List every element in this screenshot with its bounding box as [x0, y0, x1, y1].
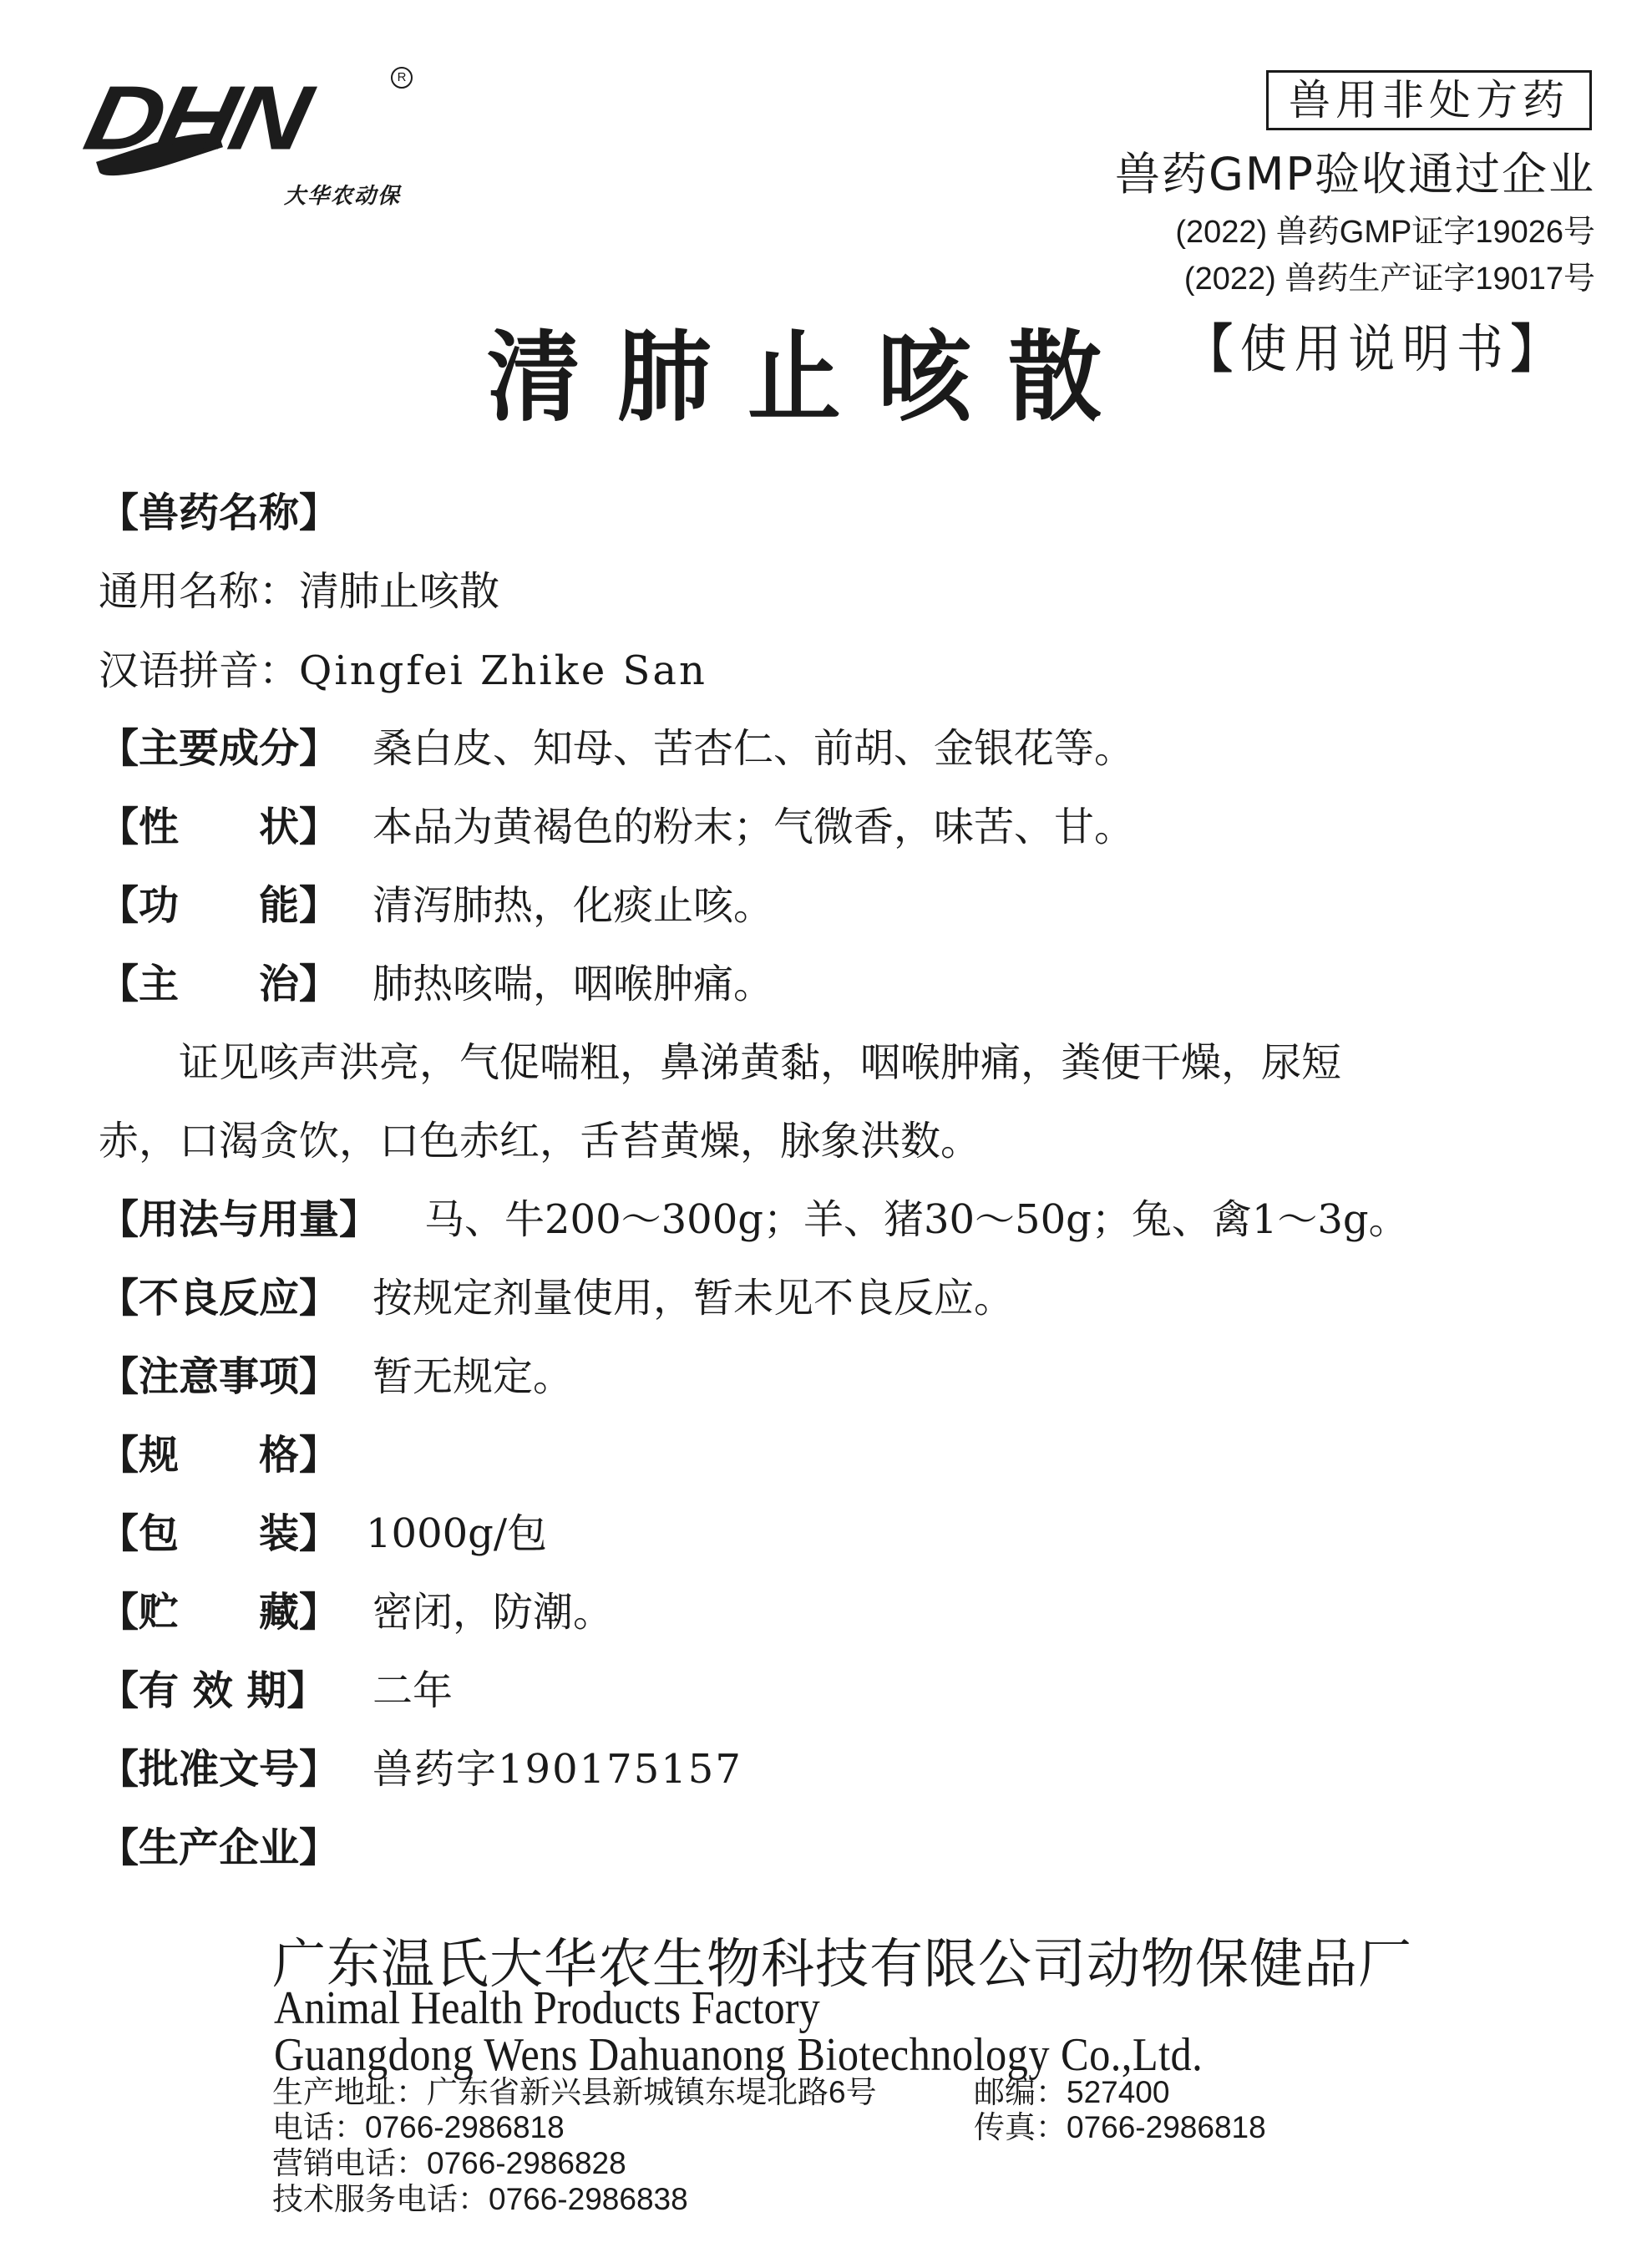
section-ingredients: 【主要成分】桑白皮、知母、苦杏仁、前胡、金银花等。 — [99, 723, 1134, 774]
field-label: 通用名称： — [99, 568, 299, 615]
section-label: 【包 装】 — [99, 1509, 366, 1559]
section-manufacturer: 【生产企业】 — [99, 1823, 339, 1873]
document-type-label: 使用说明书 — [1240, 318, 1511, 379]
bracket-open: 【 — [1186, 318, 1240, 379]
section-packaging: 【包 装】1000g/包 — [99, 1509, 547, 1559]
field-value: 清肺止咳散 — [299, 568, 499, 615]
section-approval-number: 【批准文号】兽药字190175157 — [99, 1744, 742, 1794]
production-certificate: (2022) 兽药生产证字19017号 — [1184, 252, 1595, 298]
section-label: 【不良反应】 — [99, 1273, 372, 1323]
brand-logo: DHN R 大华农动保 — [99, 65, 416, 199]
gmp-statement: 兽药GMP验收通过企业 — [1115, 139, 1595, 203]
section-value: 暂无规定。 — [372, 1353, 573, 1400]
section-label: 【功 能】 — [99, 880, 372, 931]
product-title: 清肺止咳散 — [487, 299, 1138, 440]
tech-service-phone: 技术服务电话：0766-2986838 — [272, 2174, 688, 2219]
section-adverse-reactions: 【不良反应】按规定剂量使用，暂未见不良反应。 — [99, 1273, 1014, 1323]
section-indications: 【主 治】肺热咳喘，咽喉肿痛。 — [99, 959, 773, 1009]
section-value: 兽药字190175157 — [372, 1746, 742, 1793]
section-properties: 【性 状】本品为黄褐色的粉末；气微香，味苦、甘。 — [99, 802, 1134, 852]
indications-detail-line-1: 证见咳声洪亮，气促喘粗，鼻涕黄黏，咽喉肿痛，粪便干燥，尿短 — [179, 1038, 1341, 1088]
section-function: 【功 能】清泻肺热，化痰止咳。 — [99, 880, 773, 931]
section-label: 【规 格】 — [99, 1430, 372, 1480]
section-dosage: 【用法与用量】马、牛200～300g；羊、猪30～50g；兔、禽1～3g。 — [99, 1195, 1409, 1245]
section-label: 【用法与用量】 — [99, 1195, 424, 1245]
registered-trademark-icon: R — [391, 67, 413, 89]
logo-subtitle: 大华农动保 — [284, 179, 401, 210]
section-label: 【有 效 期】 — [99, 1666, 372, 1716]
section-specification: 【规 格】 — [99, 1430, 372, 1480]
section-storage: 【贮 藏】密闭，防潮。 — [99, 1587, 613, 1637]
section-value: 肺热咳喘，咽喉肿痛。 — [372, 961, 773, 1007]
section-label: 【批准文号】 — [99, 1744, 372, 1794]
section-label: 【主要成分】 — [99, 723, 372, 774]
section-label: 【生产企业】 — [99, 1823, 339, 1873]
indications-detail-line-2: 赤，口渴贪饮，口色赤红，舌苔黄燥，脉象洪数。 — [99, 1116, 981, 1166]
field-label: 汉语拼音： — [99, 647, 299, 694]
section-label: 【兽药名称】 — [99, 488, 339, 538]
section-value: 按规定剂量使用，暂未见不良反应。 — [372, 1275, 1014, 1322]
section-label: 【注意事项】 — [99, 1352, 372, 1402]
section-precautions: 【注意事项】暂无规定。 — [99, 1352, 573, 1402]
section-label: 【性 状】 — [99, 802, 372, 852]
section-value: 二年 — [372, 1667, 453, 1714]
gmp-certificate: (2022) 兽药GMP证字19026号 — [1175, 205, 1595, 251]
section-label: 【贮 藏】 — [99, 1587, 372, 1637]
section-shelf-life: 【有 效 期】二年 — [99, 1666, 453, 1716]
company-name-en-line1: Animal Health Products Factory — [274, 1981, 820, 2035]
section-vet-name: 【兽药名称】 — [99, 488, 339, 538]
logo-wordmark: DHN — [76, 65, 315, 172]
section-value: 清泻肺热，化痰止咳。 — [372, 882, 773, 929]
section-value: 1000g/包 — [366, 1510, 547, 1557]
section-label: 【主 治】 — [99, 959, 372, 1009]
field-value: Qingfei Zhike San — [299, 647, 707, 694]
section-value: 桑白皮、知母、苦杏仁、前胡、金银花等。 — [372, 725, 1134, 772]
section-value: 马、牛200～300g；羊、猪30～50g；兔、禽1～3g。 — [424, 1196, 1409, 1243]
section-value: 密闭，防潮。 — [372, 1589, 613, 1636]
section-common-name: 通用名称：清肺止咳散 — [99, 566, 499, 616]
section-pinyin: 汉语拼音：Qingfei Zhike San — [99, 646, 707, 696]
bracket-close: 】 — [1511, 318, 1565, 379]
otc-badge: 兽用非处方药 — [1266, 70, 1592, 130]
document-type: 【使用说明书】 — [1186, 307, 1565, 382]
fax: 传真：0766-2986818 — [974, 2102, 1266, 2147]
section-value: 本品为黄褐色的粉末；气微香，味苦、甘。 — [372, 804, 1134, 850]
